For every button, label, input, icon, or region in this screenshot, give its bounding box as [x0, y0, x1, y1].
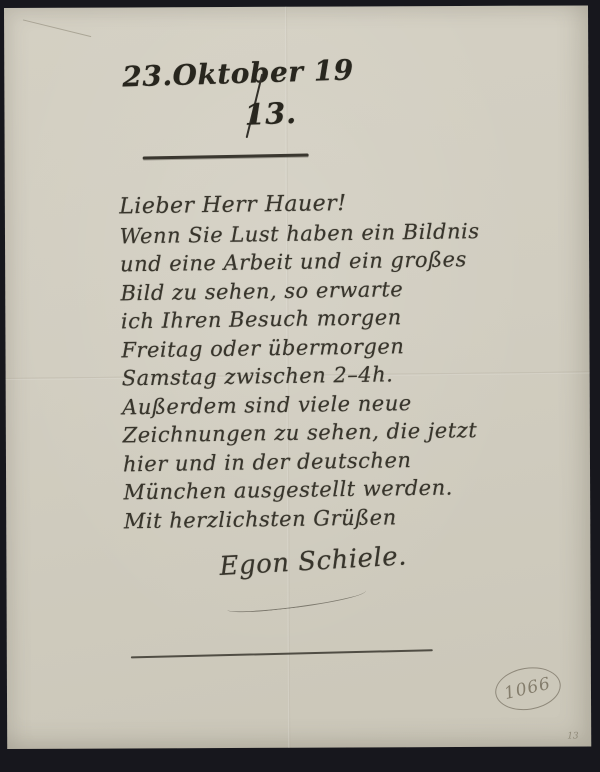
handdrawn-divider-top — [143, 154, 309, 160]
letter-body: Lieber Herr Hauer! Wenn Sie Lust haben e… — [119, 188, 484, 535]
letter-date-year: 13. — [244, 96, 297, 132]
body-line: München ausgestellt werden. — [123, 473, 483, 507]
signature: Egon Schiele. — [219, 541, 408, 582]
body-line: Zeichnungen zu sehen, die jetzt — [122, 416, 482, 450]
closing-line: Mit herzlichsten Grüßen — [124, 502, 484, 536]
paper-scratch-mark — [23, 19, 91, 37]
handdrawn-divider-bottom — [131, 649, 433, 658]
archive-number: 1066 — [503, 674, 554, 704]
letter-page: 23.Oktober 19 13. Lieber Herr Hauer! Wen… — [4, 5, 591, 749]
photo-background: 23.Oktober 19 13. Lieber Herr Hauer! Wen… — [0, 0, 600, 772]
corner-pencil-mark: 13 — [567, 731, 578, 741]
letter-date: 23.Oktober 19 — [122, 53, 354, 93]
archive-oval-stamp: 1066 — [492, 663, 564, 715]
body-line: und eine Arbeit und ein großes — [120, 245, 480, 279]
signature-flourish — [226, 585, 367, 615]
